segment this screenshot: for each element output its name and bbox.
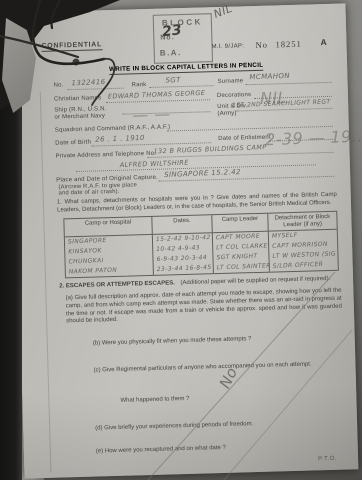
- block-leader: LT W WESTON (SIG: [272, 250, 336, 259]
- dotted-line: [150, 85, 214, 88]
- field-ship-label-2: or Merchant Navy: [54, 113, 105, 120]
- table-row: S/LDR OFFICER: [270, 260, 338, 272]
- ref-letter: A: [320, 37, 326, 47]
- field-rank-label: Rank: [132, 82, 147, 88]
- scanned-document-photo: CONFIDENTIAL BLOCK No. B.A. 23 M.I. 9/JA…: [0, 0, 362, 480]
- stamp-ba-text: B.A.: [160, 48, 182, 58]
- ref-dept: M.I. 9/JAP:: [212, 43, 245, 50]
- camp-dates: 10-42 4-9-43: [156, 244, 200, 253]
- camp-dates: 23-3-44 16-8-45: [157, 264, 212, 273]
- field-surname-label: Surname: [217, 78, 243, 85]
- field-dob-label: Date of Birth: [55, 140, 91, 147]
- field-squadron-label: Squadron and Command (R.A.F., A.A.F.): [55, 124, 171, 133]
- camp-leader: CAPT MOORE: [216, 233, 260, 242]
- field-enlistment-label: Date of Enlistment: [218, 135, 271, 142]
- question-2d-text: (d) Give briefly your experiences during…: [95, 419, 335, 433]
- field-no-label: No.: [54, 82, 64, 88]
- question-2-note: (Additional paper will be supplied on re…: [176, 276, 330, 286]
- field-no-value: 1322416: [71, 78, 105, 87]
- confidential-label: CONFIDENTIAL: [41, 41, 102, 52]
- dotted-line: [246, 82, 332, 85]
- field-address-label: Private Address and Telephone No.: [56, 151, 157, 160]
- field-capture-label-3: and date of air crash).: [59, 189, 120, 197]
- camp-leader: SGT KNIGHT: [216, 253, 257, 262]
- block-leader: CAPT MORRISON: [272, 241, 328, 250]
- field-christian-label: Christian Names: [54, 95, 102, 102]
- ref-no-label: No: [255, 40, 268, 50]
- field-rank-value: SGT: [165, 76, 181, 85]
- camps-table: Camp or Hospital Dates. Camp Leader Deta…: [63, 211, 339, 279]
- field-decorations-label: Decorations: [217, 92, 251, 99]
- field-capture-value: SINGAPORE 15.2.42: [164, 168, 241, 179]
- camp-name: NAKOM PATON: [69, 267, 118, 276]
- table-header-block-leader: Detachment or Block Leader (if any): [268, 212, 336, 232]
- table-header-dates: Dates.: [152, 215, 212, 235]
- questionnaire-page: CONFIDENTIAL BLOCK No. B.A. 23 M.I. 9/JA…: [12, 3, 359, 478]
- block-stamp: BLOCK No. B.A.: [153, 13, 213, 64]
- table-header-leader: Camp Leader: [212, 214, 268, 234]
- table-row: NAKOM PATON: [66, 265, 154, 277]
- camp-leader: LT COL CLARKE: [216, 242, 268, 251]
- pto-label: P.T.O.: [318, 456, 337, 463]
- ref-number: 18251: [275, 39, 302, 50]
- nil-annotation: NIL: [212, 2, 234, 21]
- field-ship-value: — —: [132, 104, 171, 124]
- binding-crease: [40, 92, 52, 472]
- field-surname-value: MCMAHON: [249, 72, 290, 82]
- camp-name: KINSAYOK: [68, 247, 102, 255]
- field-dob-value: 26 . 1 . 1910: [95, 134, 145, 144]
- camp-name: SINGAPORE: [68, 237, 107, 245]
- question-2e-text: (e) How were you recaptured and on what …: [96, 442, 336, 456]
- question-2a-text: (a) Give full description and approx. da…: [65, 288, 342, 327]
- question-2-title: 2. ESCAPES OR ATTEMPTED ESCAPES.: [59, 280, 175, 289]
- block-leader: MYSELF: [272, 232, 298, 240]
- field-unit-label-2: (Army): [217, 111, 236, 118]
- dotted-line: [68, 88, 124, 91]
- question-2b-text: (b) Were you physically fit when you mad…: [93, 334, 333, 348]
- camp-dates: 6-9-43 20-3-44: [156, 254, 207, 263]
- camp-name: CHUNGKAI: [68, 257, 103, 265]
- block-leader: S/LDR OFFICER: [273, 261, 324, 270]
- camp-leader: LT COL SAINTER: [217, 262, 271, 271]
- table-row: 23-3-44 16-8-45: [154, 263, 214, 275]
- field-enlistment-value: 2-39 — 19..: [265, 126, 362, 149]
- question-2c-text: (c) Give Regimental particulars of anyon…: [93, 361, 333, 375]
- what-happened-text: What happened to them ?: [120, 392, 320, 405]
- stamp-number-handwritten: 23: [161, 22, 182, 40]
- table-row: LT COL SAINTER: [214, 262, 270, 274]
- camp-dates: 15-2-42 9-10-42: [156, 234, 211, 243]
